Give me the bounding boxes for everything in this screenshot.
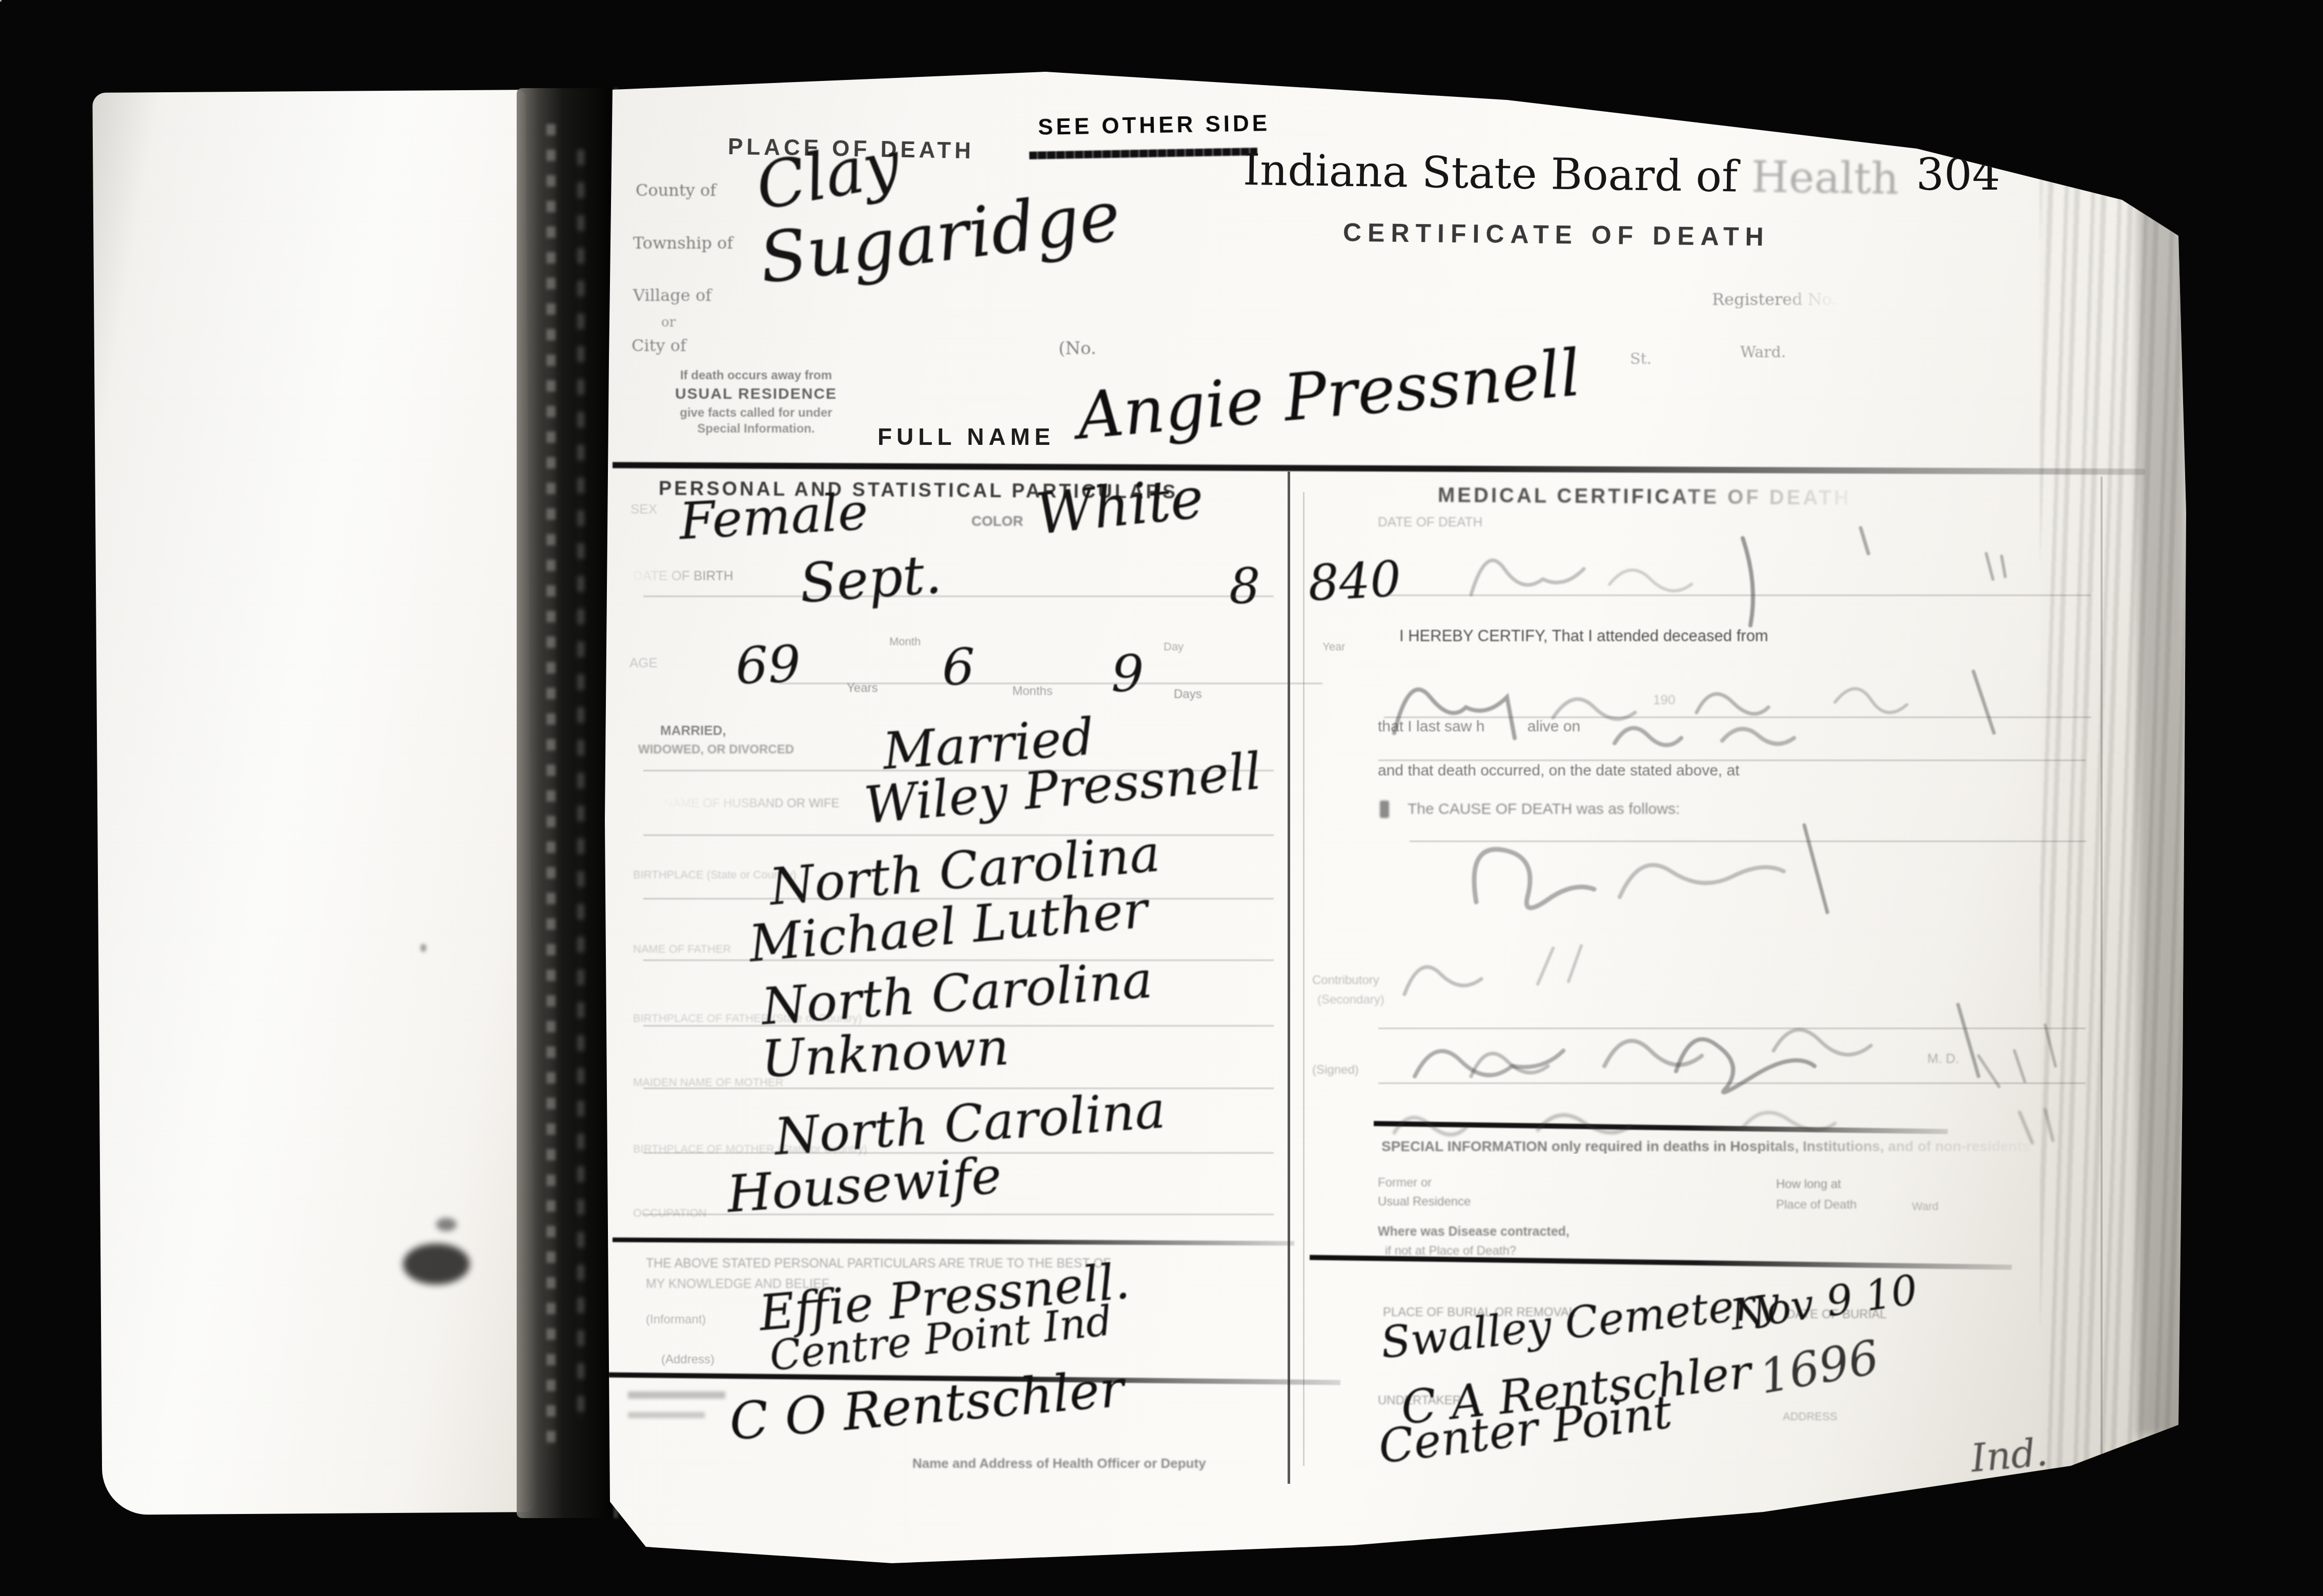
signed-label: (Signed) xyxy=(1312,1063,1359,1076)
guide-line xyxy=(643,596,1274,597)
cause-item-mark xyxy=(1380,801,1389,818)
dob-month-value: Sept. xyxy=(798,547,944,611)
illegible-print-left-2 xyxy=(628,1412,705,1418)
illegible-handwriting-address-line xyxy=(1384,1087,2102,1158)
or-label: or xyxy=(661,316,676,330)
org-title: Indiana State Board of Health xyxy=(1242,147,1899,201)
where-contracted-label-line1: Where was Disease contracted, xyxy=(1378,1225,1570,1238)
guide-line xyxy=(779,683,1322,684)
how-long-label-line2: Place of Death xyxy=(1776,1198,1857,1211)
spine-ghost-text-2 xyxy=(577,150,584,1421)
registered-no-label: Registered No. xyxy=(1712,291,1837,309)
sex-value: Female xyxy=(678,486,869,547)
column-divider-ghost xyxy=(1303,492,1305,1466)
full-name-value: Angie Pressnell xyxy=(1074,341,1583,448)
column-divider xyxy=(1288,472,1290,1484)
sex-label: SEX xyxy=(630,502,657,516)
undertaker-number: 1696 xyxy=(1756,1334,1883,1401)
guide-line xyxy=(643,770,1274,771)
guide-line xyxy=(643,959,1274,961)
guide-line xyxy=(643,1152,1274,1154)
marital-label-line1: MARRIED, xyxy=(660,724,726,738)
officer-label: Name and Address of Health Officer or De… xyxy=(912,1457,1206,1470)
main-divider xyxy=(613,462,2145,475)
film-speckles xyxy=(0,0,2,2)
marital-label-line2: WIDOWED, OR DIVORCED xyxy=(638,743,794,756)
residence-note-line4: Special Information. xyxy=(646,422,866,435)
village-label: Village of xyxy=(633,287,711,304)
dob-day-value: 8 xyxy=(1229,563,1260,611)
org-title-main: Indiana State Board of xyxy=(1242,145,1751,202)
attestation-divider xyxy=(613,1238,1294,1246)
occupation-value: Housewife xyxy=(725,1150,1003,1220)
burial-address-state: Ind. xyxy=(1969,1433,2049,1478)
medical-section-title: MEDICAL CERTIFICATE OF DEATH xyxy=(1438,484,1851,509)
guide-line xyxy=(1378,760,2086,761)
months-label: Months xyxy=(1012,685,1053,698)
informant-label: (Informant) xyxy=(646,1313,706,1326)
informant-address-label: (Address) xyxy=(661,1353,715,1366)
where-contracted-label-line2: if not at Place of Death? xyxy=(1385,1244,1516,1257)
residence-note-line2: USUAL RESIDENCE xyxy=(646,386,866,402)
no-label: (No. xyxy=(1058,340,1096,358)
spouse-label: NAME OF HUSBAND OR WIFE xyxy=(664,797,840,810)
ward-label: Ward. xyxy=(1740,344,1786,361)
color-value: White xyxy=(1033,469,1206,543)
paper-spot xyxy=(420,944,426,952)
residence-note-line1: If death occurs away from xyxy=(646,369,866,382)
how-long-label-line1: How long at xyxy=(1776,1178,1841,1191)
guide-line xyxy=(643,1025,1274,1027)
month-label: Month xyxy=(889,636,921,647)
guide-line xyxy=(643,1214,1274,1215)
see-other-side-banner: SEE OTHER SIDE xyxy=(1038,112,1271,139)
county-label: County of xyxy=(636,182,716,199)
year-label: Year xyxy=(1322,641,1345,652)
age-days-value: 9 xyxy=(1111,648,1144,700)
spine-ghost-text xyxy=(546,124,556,1446)
city-label: City of xyxy=(631,337,686,355)
color-label: COLOR xyxy=(971,514,1023,528)
usual-residence-note: If death occurs away from USUAL RESIDENC… xyxy=(646,369,866,435)
dob-label: DATE OF BIRTH xyxy=(633,569,733,583)
contributory-label-line2: (Secondary) xyxy=(1317,993,1384,1006)
former-residence-label-line1: Former or xyxy=(1378,1176,1432,1189)
father-label: NAME OF FATHER xyxy=(633,943,731,955)
burial-address-label: ADDRESS xyxy=(1783,1410,1837,1422)
residence-note-line3: give facts called for under xyxy=(646,406,866,419)
book-spine xyxy=(517,88,619,1518)
scan-smear-dark xyxy=(2137,154,2186,1435)
special-ward-label: Ward xyxy=(1912,1200,1939,1212)
guide-line xyxy=(643,898,1274,899)
illegible-handwriting-cause xyxy=(1445,794,1917,943)
death-occurred-line: and that death occurred, on the date sta… xyxy=(1378,763,1740,779)
age-label: AGE xyxy=(629,656,658,670)
scanned-death-certificate: SEE OTHER SIDE PLACE OF DEATH Indiana St… xyxy=(0,0,2323,1596)
illegible-handwriting-last-saw xyxy=(1604,707,1871,759)
ink-smudge-small xyxy=(436,1218,457,1231)
see-other-side-underline xyxy=(1029,148,1257,159)
occupation-label: OCCUPATION xyxy=(633,1207,706,1219)
day-label: Day xyxy=(1164,641,1184,652)
illegible-handwriting-date-of-death xyxy=(1456,507,2096,646)
ink-smudge xyxy=(403,1243,470,1285)
contributory-label-line1: Contributory xyxy=(1312,974,1379,987)
illegible-print-left xyxy=(628,1392,725,1399)
township-label: Township of xyxy=(633,235,733,252)
certificate-page: SEE OTHER SIDE PLACE OF DEATH Indiana St… xyxy=(584,51,2225,1584)
dob-year-value: 840 xyxy=(1307,555,1402,608)
st-label: St. xyxy=(1630,351,1652,367)
page-number: 304 xyxy=(1916,152,2000,198)
former-residence-label-line2: Usual Residence xyxy=(1378,1195,1471,1208)
full-name-label: FULL NAME xyxy=(878,424,1055,449)
guide-line xyxy=(643,1088,1274,1089)
left-blank-page xyxy=(92,90,535,1515)
certificate-title: CERTIFICATE OF DEATH xyxy=(1343,219,1770,251)
guide-line xyxy=(643,834,1274,836)
mother-label: MAIDEN NAME OF MOTHER xyxy=(633,1076,783,1088)
days-label: Days xyxy=(1174,688,1202,701)
org-title-faded: Health xyxy=(1751,152,1899,204)
age-months-value: 6 xyxy=(942,642,975,693)
mother-value: Unknown xyxy=(760,1021,1010,1085)
